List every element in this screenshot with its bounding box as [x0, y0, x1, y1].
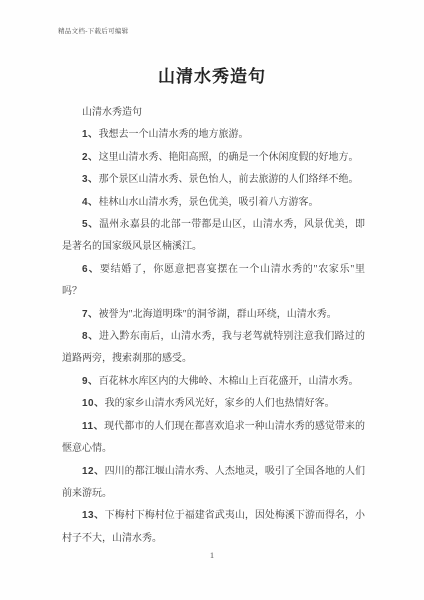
page-number: 1	[0, 550, 424, 560]
page-title: 山清水秀造句	[0, 62, 424, 87]
sentence-item: 8、进入黔东南后，山清水秀，我与老驾就特别注意我们路过的道路两旁，搜索刹那的感受…	[62, 326, 365, 371]
sentence-item: 7、被誉为"北海道明珠"的洞爷湖，群山环绕，山清水秀。	[62, 304, 365, 326]
sentence-number: 12、	[82, 466, 105, 477]
sentence-text: 下梅村下梅村位于福建省武夷山，因处梅溪下游而得名，小村子不大，山清水秀。	[62, 510, 365, 543]
sentence-number: 11、	[82, 421, 104, 432]
sentence-text: 被誉为"北海道明珠"的洞爷湖，群山环绕，山清水秀。	[99, 309, 337, 320]
sentence-text: 温州永嘉县的北部一带都是山区，山清水秀，风景优美，即是著名的国家级风景区楠溪江。	[62, 219, 365, 252]
sentence-item: 10、我的家乡山清水秀风光好，家乡的人们也热情好客。	[62, 393, 365, 415]
sentence-number: 8、	[82, 331, 99, 342]
sentence-number: 10、	[82, 398, 105, 409]
sentence-text: 要结婚了，你愿意把喜宴摆在一个山清水秀的"农家乐"里吗？	[62, 264, 365, 297]
sentence-item: 1、我想去一个山清水秀的地方旅游。	[62, 124, 365, 146]
sentence-item: 2、这里山清水秀、艳阳高照，的确是一个休闲度假的好地方。	[62, 147, 365, 169]
sentence-text: 桂林山水山清水秀，景色优美，吸引着八方游客。	[99, 197, 319, 208]
watermark-text: 精品文档-下载后可编辑	[58, 26, 128, 35]
sentence-item: 9、百花林水库区内的大佛岭、木棉山上百花盛开，山清水秀。	[62, 371, 365, 393]
sentence-text: 进入黔东南后，山清水秀，我与老驾就特别注意我们路过的道路两旁，搜索刹那的感受。	[62, 331, 365, 364]
sentence-number: 7、	[82, 309, 99, 320]
sentence-number: 9、	[82, 376, 99, 387]
sentence-number: 6、	[82, 264, 100, 275]
sentence-text: 现代都市的人们现在都喜欢追求一种山清水秀的感觉带来的惬意心情。	[62, 421, 365, 454]
sentence-text: 百花林水库区内的大佛岭、木棉山上百花盛开，山清水秀。	[99, 376, 359, 387]
sentence-item: 12、四川的都江堰山清水秀、人杰地灵，吸引了全国各地的人们前来游玩。	[62, 461, 365, 506]
sentence-number: 5、	[82, 219, 99, 230]
sentence-item: 6、要结婚了，你愿意把喜宴摆在一个山清水秀的"农家乐"里吗？	[62, 259, 365, 304]
sentence-number: 13、	[82, 510, 105, 521]
sentence-text: 我想去一个山清水秀的地方旅游。	[99, 129, 249, 140]
sentence-text: 这里山清水秀、艳阳高照，的确是一个休闲度假的好地方。	[99, 152, 359, 163]
sentence-item: 4、桂林山水山清水秀，景色优美，吸引着八方游客。	[62, 192, 365, 214]
sentence-text: 那个景区山清水秀、景色怡人，前去旅游的人们络绎不绝。	[99, 174, 359, 185]
sentence-item: 5、温州永嘉县的北部一带都是山区，山清水秀，风景优美，即是著名的国家级风景区楠溪…	[62, 214, 365, 259]
sentence-item: 13、下梅村下梅村位于福建省武夷山，因处梅溪下游而得名，小村子不大，山清水秀。	[62, 505, 365, 550]
document-page: 精品文档-下载后可编辑 山清水秀造句 山清水秀造句 1、我想去一个山清水秀的地方…	[0, 0, 424, 600]
sentence-number: 2、	[82, 152, 99, 163]
sentence-item: 11、现代都市的人们现在都喜欢追求一种山清水秀的感觉带来的惬意心情。	[62, 416, 365, 461]
sentence-number: 3、	[82, 174, 99, 185]
sentence-item: 3、那个景区山清水秀、景色怡人，前去旅游的人们络绎不绝。	[62, 169, 365, 191]
sentence-text: 四川的都江堰山清水秀、人杰地灵，吸引了全国各地的人们前来游玩。	[62, 466, 365, 499]
document-body: 山清水秀造句 1、我想去一个山清水秀的地方旅游。 2、这里山清水秀、艳阳高照，的…	[62, 102, 365, 550]
body-heading: 山清水秀造句	[62, 102, 365, 124]
sentence-number: 1、	[82, 129, 99, 140]
sentence-text: 我的家乡山清水秀风光好，家乡的人们也热情好客。	[105, 398, 335, 409]
sentence-number: 4、	[82, 197, 99, 208]
